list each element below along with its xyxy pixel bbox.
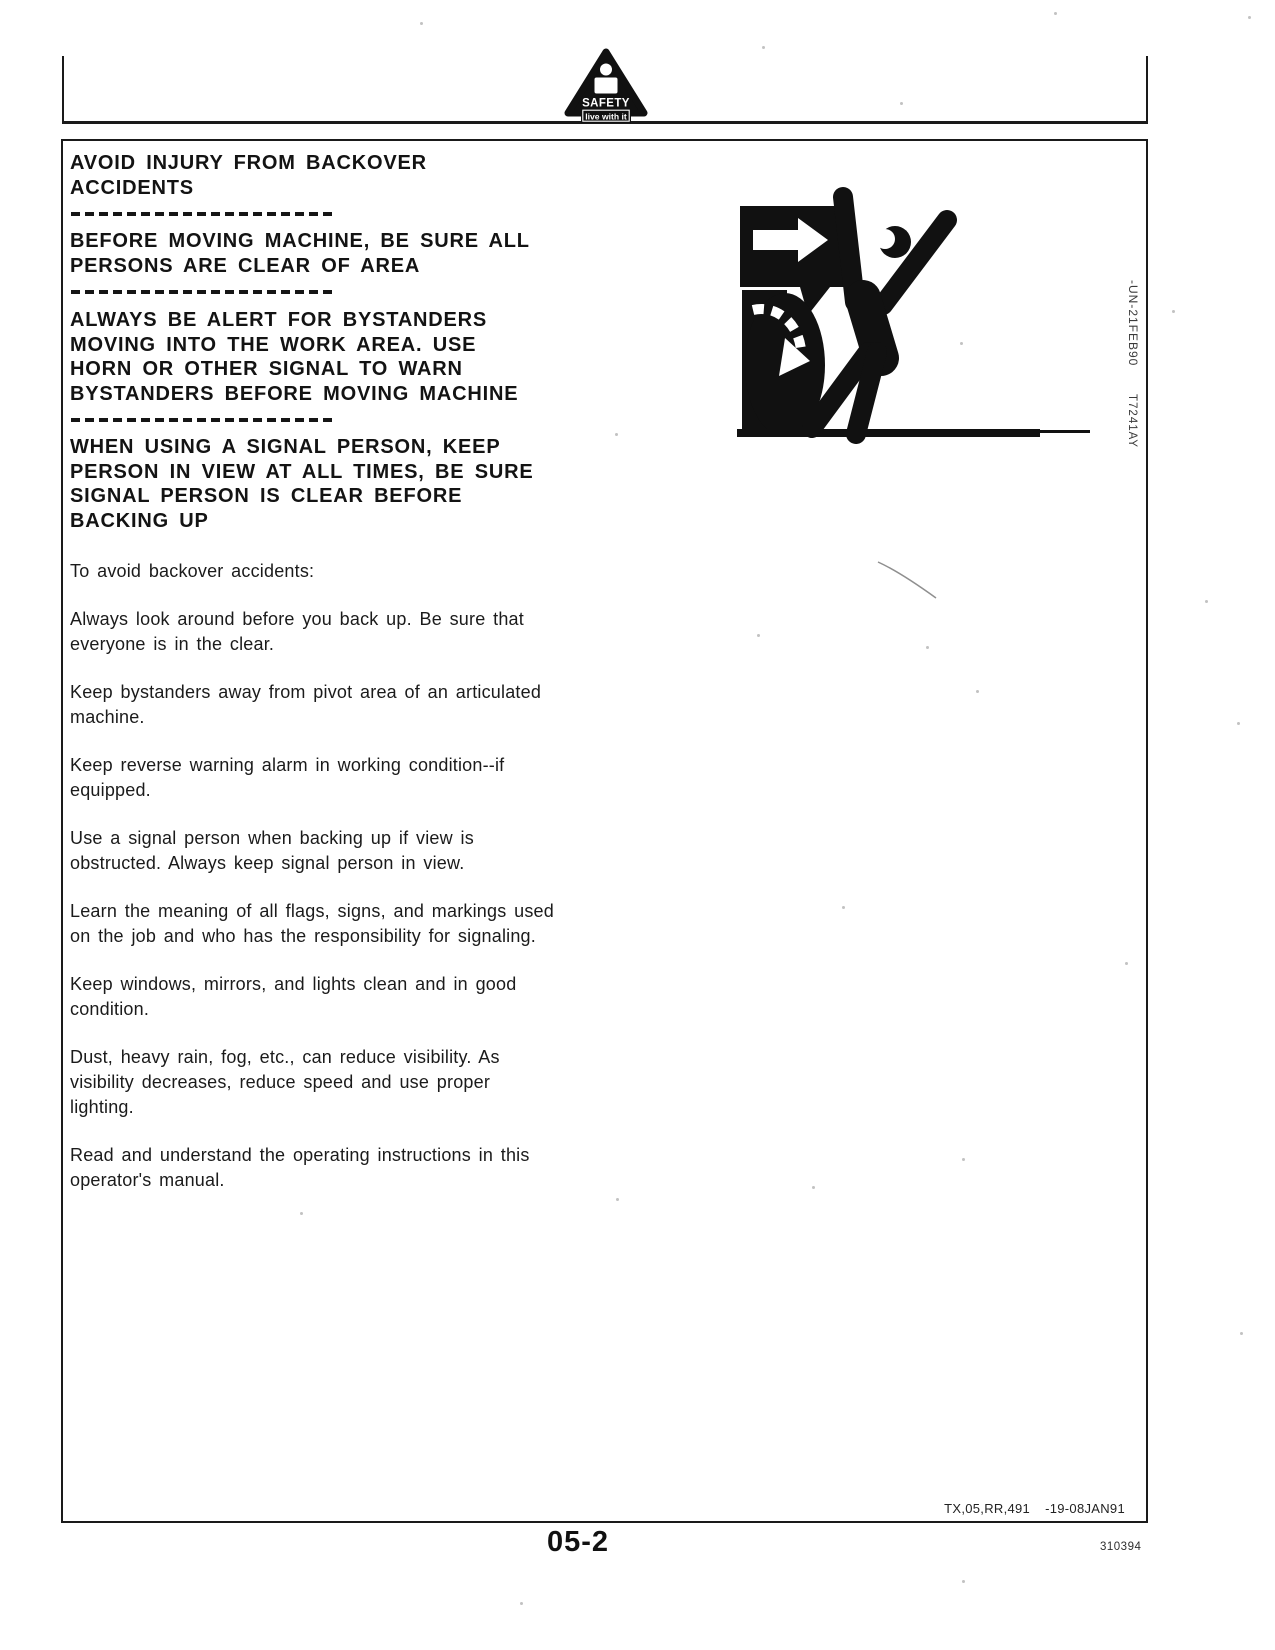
paragraph-look-around: Always look around before you back up. B…	[70, 607, 630, 657]
manual-page: SAFETY live with it AVOID INJURY FROM BA…	[0, 0, 1275, 1650]
section-heading-1: AVOID INJURY FROM BACKOVER ACCIDENTS	[70, 151, 630, 200]
safety-triangle-icon: SAFETY live with it	[560, 46, 652, 126]
logo-title: SAFETY	[582, 98, 630, 110]
dashed-separator-1	[71, 212, 337, 216]
logo-tagline: live with it	[585, 112, 627, 122]
paragraph-reverse-alarm: Keep reverse warning alarm in working co…	[70, 753, 630, 803]
paragraph-pivot-area: Keep bystanders away from pivot area of …	[70, 680, 630, 730]
paragraph-flags-signs: Learn the meaning of all flags, signs, a…	[70, 899, 630, 949]
scratch-line	[878, 562, 936, 598]
person-torso-icon	[595, 78, 618, 94]
figure-code-date: -UN-21FEB90	[1126, 280, 1140, 366]
ground-line-thin	[1040, 430, 1090, 433]
paragraph-intro: To avoid backover accidents:	[70, 559, 630, 584]
dashed-separator-2	[71, 290, 337, 294]
print-number: 310394	[1100, 1541, 1141, 1553]
section-heading-4: WHEN USING A SIGNAL PERSON, KEEP PERSON …	[70, 435, 630, 533]
dashed-separator-3	[71, 418, 337, 422]
backover-pictogram-icon	[695, 182, 1125, 444]
paragraph-read-manual: Read and understand the operating instru…	[70, 1143, 630, 1193]
section-heading-3: ALWAYS BE ALERT FOR BYSTANDERS MOVING IN…	[70, 308, 630, 406]
paragraph-signal-person: Use a signal person when backing up if v…	[70, 826, 630, 876]
footer-doc-code: TX,05,RR,491	[944, 1501, 1030, 1516]
paragraph-visibility: Dust, heavy rain, fog, etc., can reduce …	[70, 1045, 630, 1120]
header-rule-right	[1146, 56, 1148, 122]
page-number: 05-2	[547, 1526, 609, 1559]
footer-doc-codes: TX,05,RR,491 -19-08JAN91	[955, 1501, 1125, 1516]
figure-code-id: T7241AY	[1126, 394, 1138, 448]
section-heading-2: BEFORE MOVING MACHINE, BE SURE ALL PERSO…	[70, 229, 630, 278]
scratch-mark	[872, 556, 944, 606]
ground-line	[737, 429, 1040, 437]
text-column: AVOID INJURY FROM BACKOVER ACCIDENTS BEF…	[70, 141, 630, 1193]
paragraph-windows-mirrors: Keep windows, mirrors, and lights clean …	[70, 972, 630, 1022]
person-head-gap	[875, 229, 895, 249]
header-rule-left	[62, 56, 64, 122]
footer-revision-code: -19-08JAN91	[1045, 1501, 1125, 1516]
person-head-icon	[600, 64, 612, 76]
